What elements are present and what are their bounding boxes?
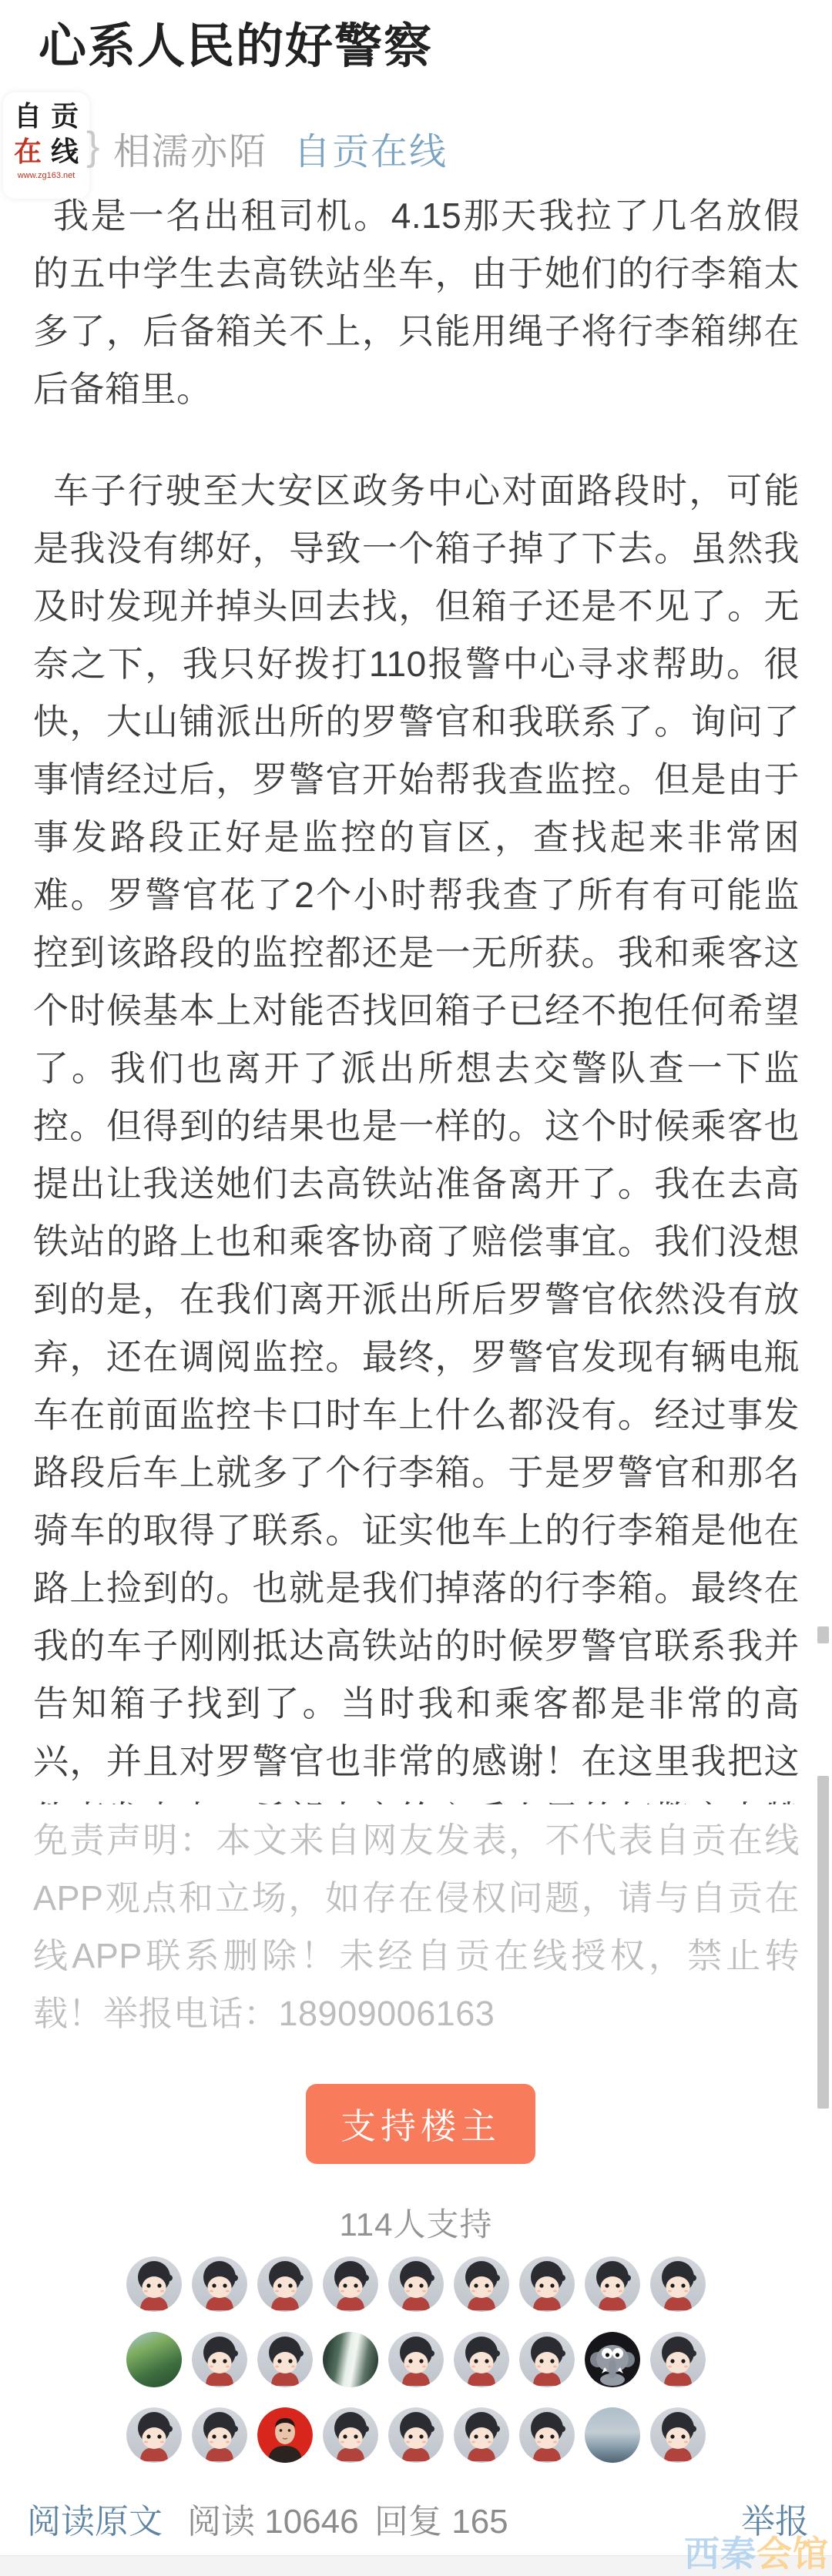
source-link[interactable]: 自贡在线 (294, 122, 448, 175)
scrollbar-thumb[interactable] (817, 1776, 829, 2109)
logo-char: 线 (46, 134, 83, 169)
reply-count[interactable]: 回复 165 (374, 2494, 508, 2543)
supporter-avatar-photo-waterfall[interactable] (323, 2332, 378, 2387)
article-body: 我是一名出租司机。4.15那天我拉了几名放假的五中学生去高铁站坐车，由于她们的行… (33, 187, 800, 1804)
supporter-avatar-default[interactable] (126, 2407, 182, 2463)
supporter-avatar-default[interactable] (323, 2256, 378, 2312)
read-count: 阅读 10646 (187, 2494, 359, 2543)
supporter-avatar-photo-park[interactable] (126, 2332, 182, 2387)
supporter-avatar-default[interactable] (192, 2332, 247, 2387)
supporter-avatar-default[interactable] (257, 2332, 313, 2387)
supporter-avatar-default[interactable] (192, 2407, 247, 2463)
supporter-avatar-default[interactable] (126, 2256, 182, 2312)
author-row: 自 贡 在 线 www.zg163.net } 相濡亦陌 自贡在线 (0, 91, 832, 200)
supporter-avatar-default[interactable] (454, 2332, 509, 2387)
site-logo: 自 贡 在 线 (3, 92, 89, 169)
logo-char: 贡 (46, 99, 83, 134)
supporter-avatar-elephant[interactable] (585, 2332, 640, 2387)
supporter-avatar-default[interactable] (519, 2256, 575, 2312)
supporter-avatar-photo-red-man[interactable] (257, 2407, 313, 2463)
logo-char: 自 (9, 99, 46, 134)
scrollbar-thumb[interactable] (817, 1626, 829, 1643)
supporter-avatar-photo-lake[interactable] (585, 2407, 640, 2463)
supporter-avatar-default[interactable] (650, 2407, 706, 2463)
disclaimer-text: 免责声明：本文来自网友发表，不代表自贡在线APP观点和立场，如存在侵权问题，请与… (33, 1811, 800, 2042)
supporter-avatar-default[interactable] (388, 2332, 444, 2387)
supporter-avatar-default[interactable] (388, 2407, 444, 2463)
logo-url-text: www.zg163.net (3, 171, 89, 180)
author-username[interactable]: 相濡亦陌 (113, 122, 267, 175)
supporter-avatar-default[interactable] (388, 2256, 444, 2312)
supporter-avatar-default[interactable] (650, 2332, 706, 2387)
supporter-avatar-default[interactable] (454, 2256, 509, 2312)
post-title: 心系人民的好警察 (39, 8, 433, 76)
article-paragraph-2: 车子行驶至大安区政务中心对面路段时，可能是我没有绑好，导致一个箱子掉了下去。虽然… (33, 462, 800, 1804)
support-count: 114人支持 (0, 2199, 832, 2246)
supporter-avatar-default[interactable] (192, 2256, 247, 2312)
article-paragraph-1: 我是一名出租司机。4.15那天我拉了几名放假的五中学生去高铁站坐车，由于她们的行… (33, 187, 800, 418)
supporter-avatar-default[interactable] (323, 2407, 378, 2463)
supporter-avatar-default[interactable] (257, 2256, 313, 2312)
author-avatar[interactable]: 自 贡 在 线 www.zg163.net (3, 92, 89, 199)
supporter-avatar-default[interactable] (519, 2332, 575, 2387)
watermark-text-blue: 西秦 (684, 2534, 757, 2574)
watermark-text-orange: 会馆 (757, 2534, 829, 2574)
supporter-avatar-row (126, 2256, 706, 2312)
supporter-avatar-default[interactable] (650, 2256, 706, 2312)
supporter-avatar-row (126, 2407, 706, 2463)
site-watermark: 西秦会馆 (684, 2526, 829, 2576)
read-original-link[interactable]: 阅读原文 (27, 2494, 163, 2543)
supporter-avatar-row (126, 2332, 706, 2387)
support-button[interactable]: 支持楼主 (306, 2084, 535, 2164)
supporter-avatar-default[interactable] (585, 2256, 640, 2312)
logo-char: 在 (9, 134, 46, 169)
supporter-avatar-default[interactable] (454, 2407, 509, 2463)
supporter-avatar-grid (126, 2256, 706, 2483)
post-page: 心系人民的好警察 自 贡 在 线 www.zg163.net } 相濡亦陌 自贡… (0, 0, 832, 2576)
supporter-avatar-default[interactable] (519, 2407, 575, 2463)
badge-fragment: } (86, 123, 99, 169)
